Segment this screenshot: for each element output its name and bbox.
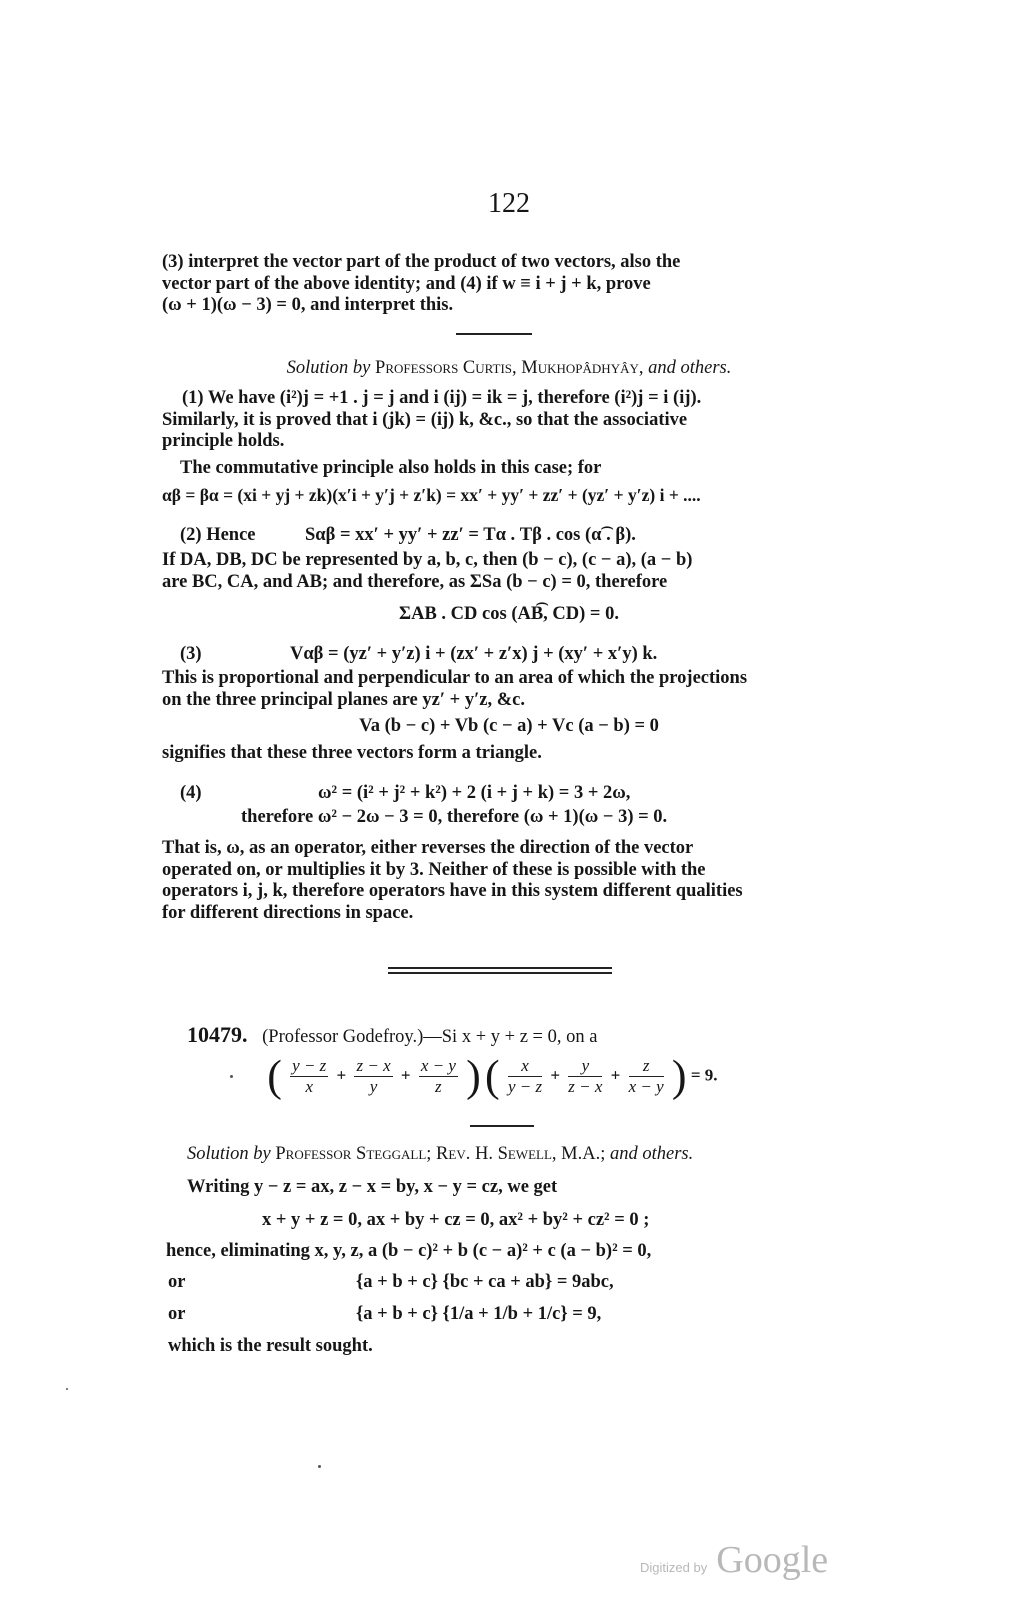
intro-line: (3) interpret the vector part of the pro… xyxy=(162,252,852,274)
text-line: for different directions in space. xyxy=(162,903,852,925)
paren-open: ( xyxy=(267,1052,282,1101)
solution-paragraph-1: (1) We have (i²)j = +1 . j = j and i (ij… xyxy=(162,388,852,453)
text-line: This is proportional and perpendicular t… xyxy=(162,668,852,690)
section-rule-bottom xyxy=(388,972,612,974)
or-equation-2: {a + b + c} {1/a + 1/b + 1/c} = 9, xyxy=(356,1303,601,1325)
commutative-line: The commutative principle also holds in … xyxy=(180,457,601,479)
intro-line: vector part of the above identity; and (… xyxy=(162,274,852,296)
solution-tail: and others. xyxy=(648,358,731,378)
text-line: principle holds. xyxy=(162,431,852,453)
equation-4-label: (4) xyxy=(180,782,202,804)
equation-commutative: αβ = βα = (xi + yj + zk)(x′i + y′j + z′k… xyxy=(162,484,701,506)
solution-authors: Professor Steggall; Rev. H. Sewell, M.A.… xyxy=(275,1144,605,1164)
solution-authors: Professors Curtis, Mukhopâdhyây, xyxy=(375,358,643,378)
short-rule-2 xyxy=(470,1125,534,1127)
equation-triangle: Va (b − c) + Vb (c − a) + Vc (a − b) = 0 xyxy=(0,715,1018,737)
system-line: x + y + z = 0, ax + by + cz = 0, ax² + b… xyxy=(262,1209,649,1231)
problem-header: 10479. (Professor Godefroy.)—Si x + y + … xyxy=(187,1024,597,1048)
fraction: y − zx xyxy=(290,1056,328,1097)
plus: + xyxy=(337,1065,347,1084)
solution-by-label: Solution by xyxy=(187,1144,271,1164)
paren-close: ) xyxy=(466,1052,481,1101)
page-number: 122 xyxy=(0,188,1018,220)
equation-4a: ω² = (i² + j² + k²) + 2 (i + j + k) = 3 … xyxy=(318,782,630,804)
text-line: If DA, DB, DC be represented by a, b, c,… xyxy=(162,550,852,572)
fraction: zx − y xyxy=(629,1056,664,1097)
or-label-2: or xyxy=(168,1303,185,1325)
solution-by-label: Solution by xyxy=(287,358,371,378)
plus: + xyxy=(401,1065,411,1084)
solution-paragraph-6: That is, ω, as an operator, either rever… xyxy=(162,838,852,924)
fraction: z − xy xyxy=(354,1056,392,1097)
solution-paragraph-4: This is proportional and perpendicular t… xyxy=(162,668,852,711)
equation-4b: therefore ω² − 2ω − 3 = 0, therefore (ω … xyxy=(241,806,667,828)
solution-tail: and others. xyxy=(610,1144,693,1164)
writing-line: Writing y − z = ax, z − x = by, x − y = … xyxy=(187,1176,557,1198)
plus: + xyxy=(550,1065,560,1084)
paren-open: ( xyxy=(485,1052,500,1101)
paren-close: ) xyxy=(672,1052,687,1101)
section-rule-top xyxy=(388,967,612,969)
eliminating-line: hence, eliminating x, y, z, a (b − c)² +… xyxy=(166,1240,651,1262)
problem-result: = 9. xyxy=(691,1065,718,1084)
problem-number: 10479. xyxy=(187,1022,248,1047)
watermark-prefix: Digitized by xyxy=(640,1560,707,1575)
text-line: are BC, CA, and AB; and therefore, as ΣS… xyxy=(162,572,852,594)
intro-paragraph: (3) interpret the vector part of the pro… xyxy=(162,252,852,317)
equation-3: Vαβ = (yz′ + y′z) i + (zx′ + z′x) j + (x… xyxy=(290,643,657,665)
equation-hence-label: (2) Hence xyxy=(180,524,256,546)
text-line: (1) We have (i²)j = +1 . j = j and i (ij… xyxy=(162,388,852,410)
speck xyxy=(230,1075,233,1078)
solution-paragraph-3: If DA, DB, DC be represented by a, b, c,… xyxy=(162,550,852,593)
text-line: That is, ω, as an operator, either rever… xyxy=(162,838,852,860)
solution-heading-2: Solution by Professor Steggall; Rev. H. … xyxy=(187,1143,693,1165)
problem-statement: (Professor Godefroy.)—Si x + y + z = 0, … xyxy=(262,1027,597,1047)
text-line: operators i, j, k, therefore operators h… xyxy=(162,881,852,903)
result-line: which is the result sought. xyxy=(168,1335,373,1357)
equation-3-label: (3) xyxy=(180,643,202,665)
solution-heading: Solution by Professors Curtis, Mukhopâdh… xyxy=(0,357,1018,379)
text-line: operated on, or multiplies it by 3. Neit… xyxy=(162,860,852,882)
fraction: x − yz xyxy=(419,1056,458,1097)
or-equation-1: {a + b + c} {bc + ca + ab} = 9abc, xyxy=(356,1271,614,1293)
equation-sum: ΣAB . CD cos (AB͡, CD) = 0. xyxy=(0,603,1018,625)
plus: + xyxy=(611,1065,621,1084)
text-line: Similarly, it is proved that i (jk) = (i… xyxy=(162,410,852,432)
short-rule xyxy=(456,333,532,335)
problem-equation: ( y − zx + z − xy + x − yz ) ( xy − z + … xyxy=(230,1056,718,1097)
google-logo: Google xyxy=(716,1539,828,1581)
text-line: on the three principal planes are yz′ + … xyxy=(162,690,852,712)
equation-hence: Sαβ = xx′ + yy′ + zz′ = Tα . Tβ . cos (α… xyxy=(305,524,636,546)
fraction: yz − x xyxy=(568,1056,602,1097)
google-watermark: Digitized by Google xyxy=(640,1538,828,1582)
fraction: xy − z xyxy=(508,1056,542,1097)
speck xyxy=(318,1465,321,1468)
intro-line: (ω + 1)(ω − 3) = 0, and interpret this. xyxy=(162,295,852,317)
speck xyxy=(66,1388,68,1390)
triangle-line: signifies that these three vectors form … xyxy=(162,742,542,764)
or-label-1: or xyxy=(168,1271,185,1293)
